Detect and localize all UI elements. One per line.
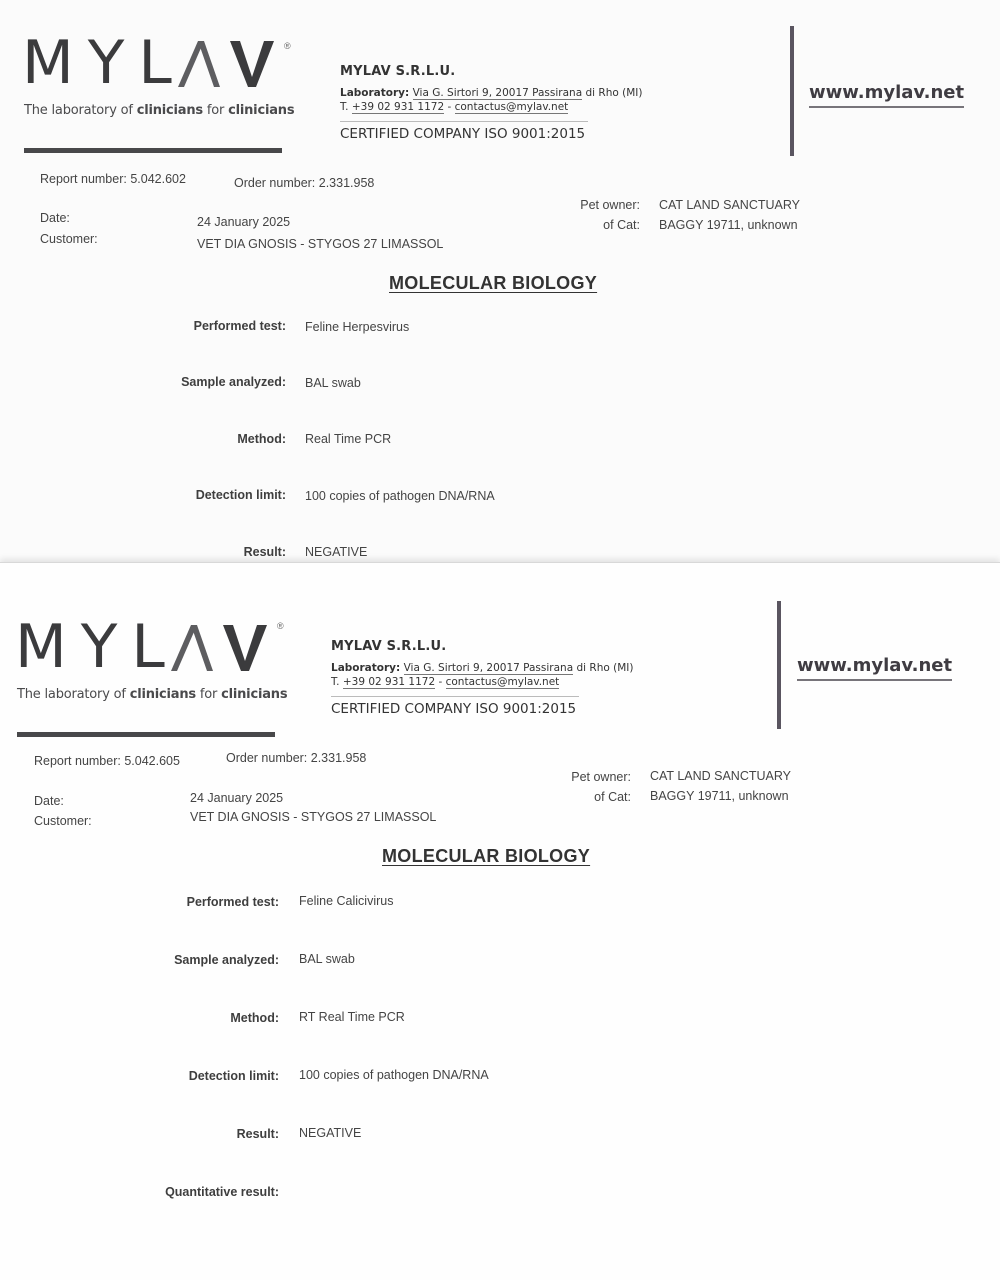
logo-divider bbox=[17, 732, 275, 737]
performed-test-label: Performed test: bbox=[79, 895, 279, 909]
lab-address: Laboratory: Via G. Sirtori 9, 20017 Pass… bbox=[340, 87, 642, 99]
pet-owner-label: Pet owner: bbox=[551, 770, 631, 784]
performed-test-value: Feline Herpesvirus bbox=[305, 320, 409, 334]
customer-value: VET DIA GNOSIS - STYGOS 27 LIMASSOL bbox=[190, 810, 436, 824]
contact-line: T. +39 02 931 1172 - contactus@mylav.net bbox=[340, 101, 642, 113]
header-divider bbox=[790, 26, 794, 156]
logo-text: MYL bbox=[15, 612, 179, 682]
sample-analyzed-value: BAL swab bbox=[305, 376, 361, 390]
pet-owner-value: CAT LAND SANCTUARY bbox=[650, 769, 791, 783]
company-info: MYLAV S.R.L.U. Laboratory: Via G. Sirtor… bbox=[331, 639, 633, 717]
method-value: RT Real Time PCR bbox=[299, 1010, 405, 1024]
order-number: Order number: 2.331.958 bbox=[226, 751, 366, 765]
customer-value: VET DIA GNOSIS - STYGOS 27 LIMASSOL bbox=[197, 237, 443, 251]
of-cat-value: BAGGY 19711, unknown bbox=[659, 218, 798, 232]
quantitative-result-label: Quantitative result: bbox=[79, 1185, 279, 1199]
lav-logo-icon bbox=[176, 37, 286, 89]
date-label: Date: bbox=[34, 794, 64, 808]
performed-test-value: Feline Calicivirus bbox=[299, 894, 393, 908]
email-link[interactable]: contactus@mylav.net bbox=[455, 101, 569, 114]
sample-analyzed-label: Sample analyzed: bbox=[86, 375, 286, 389]
performed-test-label: Performed test: bbox=[86, 319, 286, 333]
contact-line: T. +39 02 931 1172 - contactus@mylav.net bbox=[331, 676, 633, 688]
company-info: MYLAV S.R.L.U. Laboratory: Via G. Sirtor… bbox=[340, 64, 642, 142]
email-link[interactable]: contactus@mylav.net bbox=[446, 676, 560, 689]
detection-limit-value: 100 copies of pathogen DNA/RNA bbox=[299, 1068, 489, 1082]
logo-wordmark: MYL bbox=[22, 33, 286, 93]
report-page-1: MYL ® The laboratory of clinicians for c… bbox=[0, 0, 1000, 565]
website-link[interactable]: www.mylav.net bbox=[809, 82, 964, 108]
customer-label: Customer: bbox=[34, 814, 92, 828]
report-number: Report number: 5.042.602 bbox=[40, 172, 186, 186]
phone-link[interactable]: +39 02 931 1172 bbox=[352, 101, 444, 114]
section-title: MOLECULAR BIOLOGY bbox=[382, 846, 590, 867]
order-number: Order number: 2.331.958 bbox=[234, 176, 374, 190]
method-label: Method: bbox=[79, 1011, 279, 1025]
result-value: NEGATIVE bbox=[299, 1126, 361, 1140]
report-number: Report number: 5.042.605 bbox=[34, 754, 180, 768]
logo-text: MYL bbox=[22, 28, 186, 98]
result-label: Result: bbox=[79, 1127, 279, 1141]
of-cat-value: BAGGY 19711, unknown bbox=[650, 789, 789, 803]
result-label: Result: bbox=[86, 545, 286, 559]
detection-limit-label: Detection limit: bbox=[79, 1069, 279, 1083]
company-name: MYLAV S.R.L.U. bbox=[340, 64, 642, 79]
date-value: 24 January 2025 bbox=[197, 215, 290, 229]
tagline: The laboratory of clinicians for clinici… bbox=[24, 103, 294, 118]
detection-limit-label: Detection limit: bbox=[86, 488, 286, 502]
registered-mark: ® bbox=[284, 41, 291, 51]
sample-analyzed-value: BAL swab bbox=[299, 952, 355, 966]
lav-logo-icon bbox=[169, 621, 279, 673]
date-label: Date: bbox=[40, 211, 70, 225]
pet-owner-label: Pet owner: bbox=[560, 198, 640, 212]
registered-mark: ® bbox=[277, 621, 284, 631]
section-title: MOLECULAR BIOLOGY bbox=[389, 273, 597, 294]
result-value: NEGATIVE bbox=[305, 545, 367, 559]
lab-address: Laboratory: Via G. Sirtori 9, 20017 Pass… bbox=[331, 662, 633, 674]
sample-analyzed-label: Sample analyzed: bbox=[79, 953, 279, 967]
method-value: Real Time PCR bbox=[305, 432, 391, 446]
tagline: The laboratory of clinicians for clinici… bbox=[17, 687, 287, 702]
phone-link[interactable]: +39 02 931 1172 bbox=[343, 676, 435, 689]
header-divider bbox=[777, 601, 781, 729]
certification: CERTIFIED COMPANY ISO 9001:2015 bbox=[331, 696, 579, 717]
detection-limit-value: 100 copies of pathogen DNA/RNA bbox=[305, 489, 495, 503]
logo-divider bbox=[24, 148, 282, 153]
website-link[interactable]: www.mylav.net bbox=[797, 655, 952, 681]
logo-wordmark: MYL bbox=[15, 617, 279, 677]
customer-label: Customer: bbox=[40, 232, 98, 246]
of-cat-label: of Cat: bbox=[560, 218, 640, 232]
of-cat-label: of Cat: bbox=[551, 790, 631, 804]
company-name: MYLAV S.R.L.U. bbox=[331, 639, 633, 654]
certification: CERTIFIED COMPANY ISO 9001:2015 bbox=[340, 121, 588, 142]
pet-owner-value: CAT LAND SANCTUARY bbox=[659, 198, 800, 212]
report-page-2: MYL ® The laboratory of clinicians for c… bbox=[0, 562, 1000, 1280]
date-value: 24 January 2025 bbox=[190, 791, 283, 805]
method-label: Method: bbox=[86, 432, 286, 446]
